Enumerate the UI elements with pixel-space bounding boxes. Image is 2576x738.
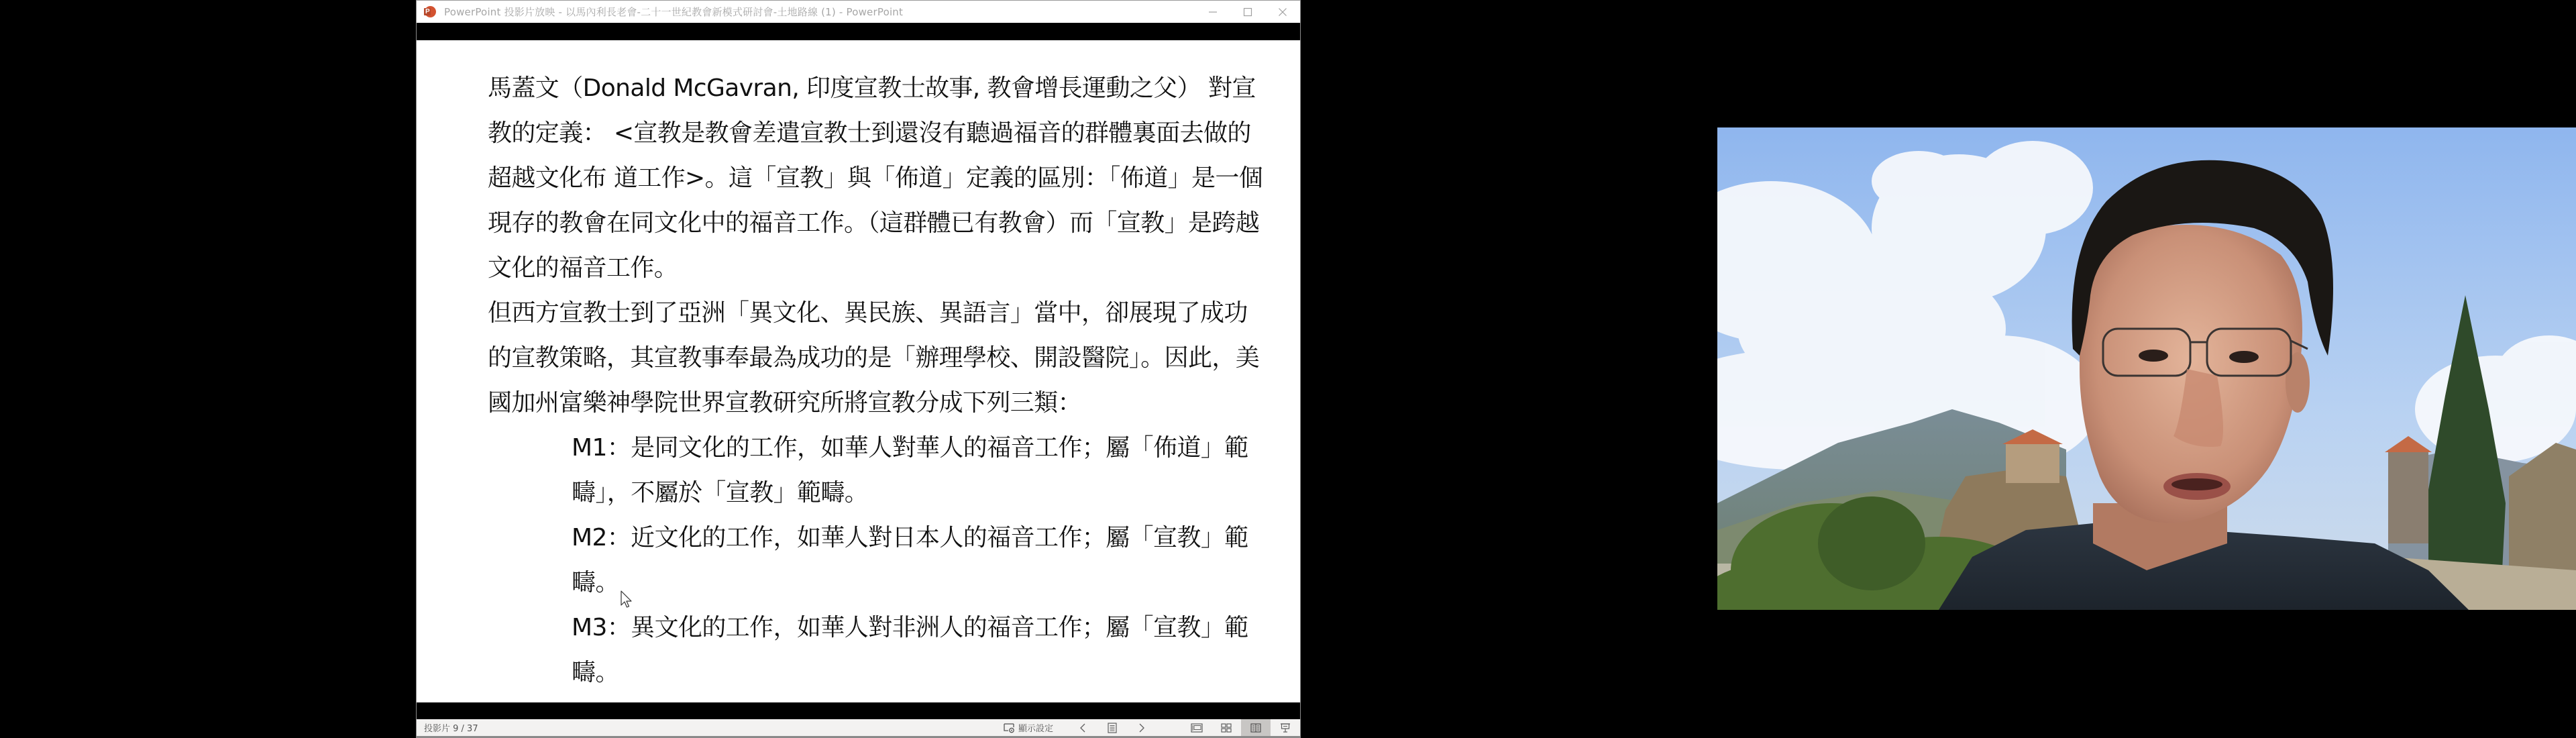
slide-category-m3: M3：異文化的工作，如華人對非洲人的福音工作；屬「宣教」範疇。 bbox=[572, 605, 1266, 695]
slide-sorter-view-button[interactable] bbox=[1212, 719, 1241, 736]
window-controls bbox=[1195, 1, 1300, 23]
slide-paragraph-strategy: 但西方宣教士到了亞洲「異文化、異民族、異語言」當中，卻展現了成功的宣教策略，其宣… bbox=[488, 291, 1266, 425]
letterbox-bottom bbox=[417, 702, 1300, 719]
slide-canvas[interactable]: 馬蓋文（Donald McGavran, 印度宣教士故事, 教會增長運動之父） … bbox=[417, 40, 1300, 702]
normal-view-icon bbox=[1191, 723, 1203, 733]
powerpoint-app-icon[interactable]: P bbox=[425, 6, 436, 17]
window-title: PowerPoint 投影片放映 - 以馬內利長老會-二十一世紀教會新模式研討會… bbox=[444, 5, 903, 19]
status-bar: 投影片 9 / 37 顯示設定 bbox=[417, 719, 1300, 736]
screen: P PowerPoint 投影片放映 - 以馬內利長老會-二十一世紀教會新模式研… bbox=[0, 0, 2576, 738]
powerpoint-window: P PowerPoint 投影片放映 - 以馬內利長老會-二十一世紀教會新模式研… bbox=[416, 0, 1301, 738]
slide-show-icon bbox=[1280, 723, 1291, 733]
next-slide-button[interactable] bbox=[1127, 719, 1157, 736]
slide-body-text: 馬蓋文（Donald McGavran, 印度宣教士故事, 教會增長運動之父） … bbox=[488, 66, 1266, 695]
chevron-right-icon bbox=[1138, 723, 1145, 733]
display-settings-label: 顯示設定 bbox=[1018, 721, 1053, 734]
chevron-left-icon bbox=[1079, 723, 1086, 733]
reading-view-icon bbox=[1250, 723, 1261, 733]
slide-sorter-icon bbox=[1221, 723, 1232, 733]
letterbox-top bbox=[417, 23, 1300, 40]
app-icon-letter: P bbox=[425, 7, 430, 16]
title-bar[interactable]: P PowerPoint 投影片放映 - 以馬內利長老會-二十一世紀教會新模式研… bbox=[417, 0, 1300, 23]
webcam-video-feed[interactable] bbox=[1717, 127, 2576, 610]
maximize-icon bbox=[1243, 7, 1252, 17]
minimize-button[interactable] bbox=[1195, 1, 1230, 23]
status-bar-controls: 顯示設定 bbox=[1004, 719, 1300, 736]
slide-category-m2: M2：近文化的工作，如華人對日本人的福音工作；屬「宣教」範疇。 bbox=[572, 515, 1266, 605]
slide-counter: 投影片 9 / 37 bbox=[424, 721, 478, 734]
normal-view-button[interactable] bbox=[1182, 719, 1212, 736]
maximize-button[interactable] bbox=[1230, 1, 1265, 23]
minimize-icon bbox=[1208, 7, 1218, 17]
previous-slide-button[interactable] bbox=[1068, 719, 1097, 736]
reading-view-button[interactable] bbox=[1241, 719, 1271, 736]
slide-list-button[interactable] bbox=[1097, 719, 1127, 736]
slide-list-icon bbox=[1108, 723, 1117, 733]
close-button[interactable] bbox=[1265, 1, 1300, 23]
display-settings-button[interactable]: 顯示設定 bbox=[1004, 721, 1053, 734]
mouse-cursor-icon bbox=[621, 590, 633, 609]
slide-paragraph-definition: 馬蓋文（Donald McGavran, 印度宣教士故事, 教會增長運動之父） … bbox=[488, 66, 1266, 291]
display-settings-icon bbox=[1004, 723, 1016, 733]
close-icon bbox=[1278, 7, 1287, 17]
slide-show-view-button[interactable] bbox=[1271, 719, 1300, 736]
presenter-video-image bbox=[1717, 127, 2576, 610]
slide-category-m1: M1：是同文化的工作，如華人對華人的福音工作；屬「佈道」範疇」，不屬於「宣教」範… bbox=[572, 425, 1266, 515]
